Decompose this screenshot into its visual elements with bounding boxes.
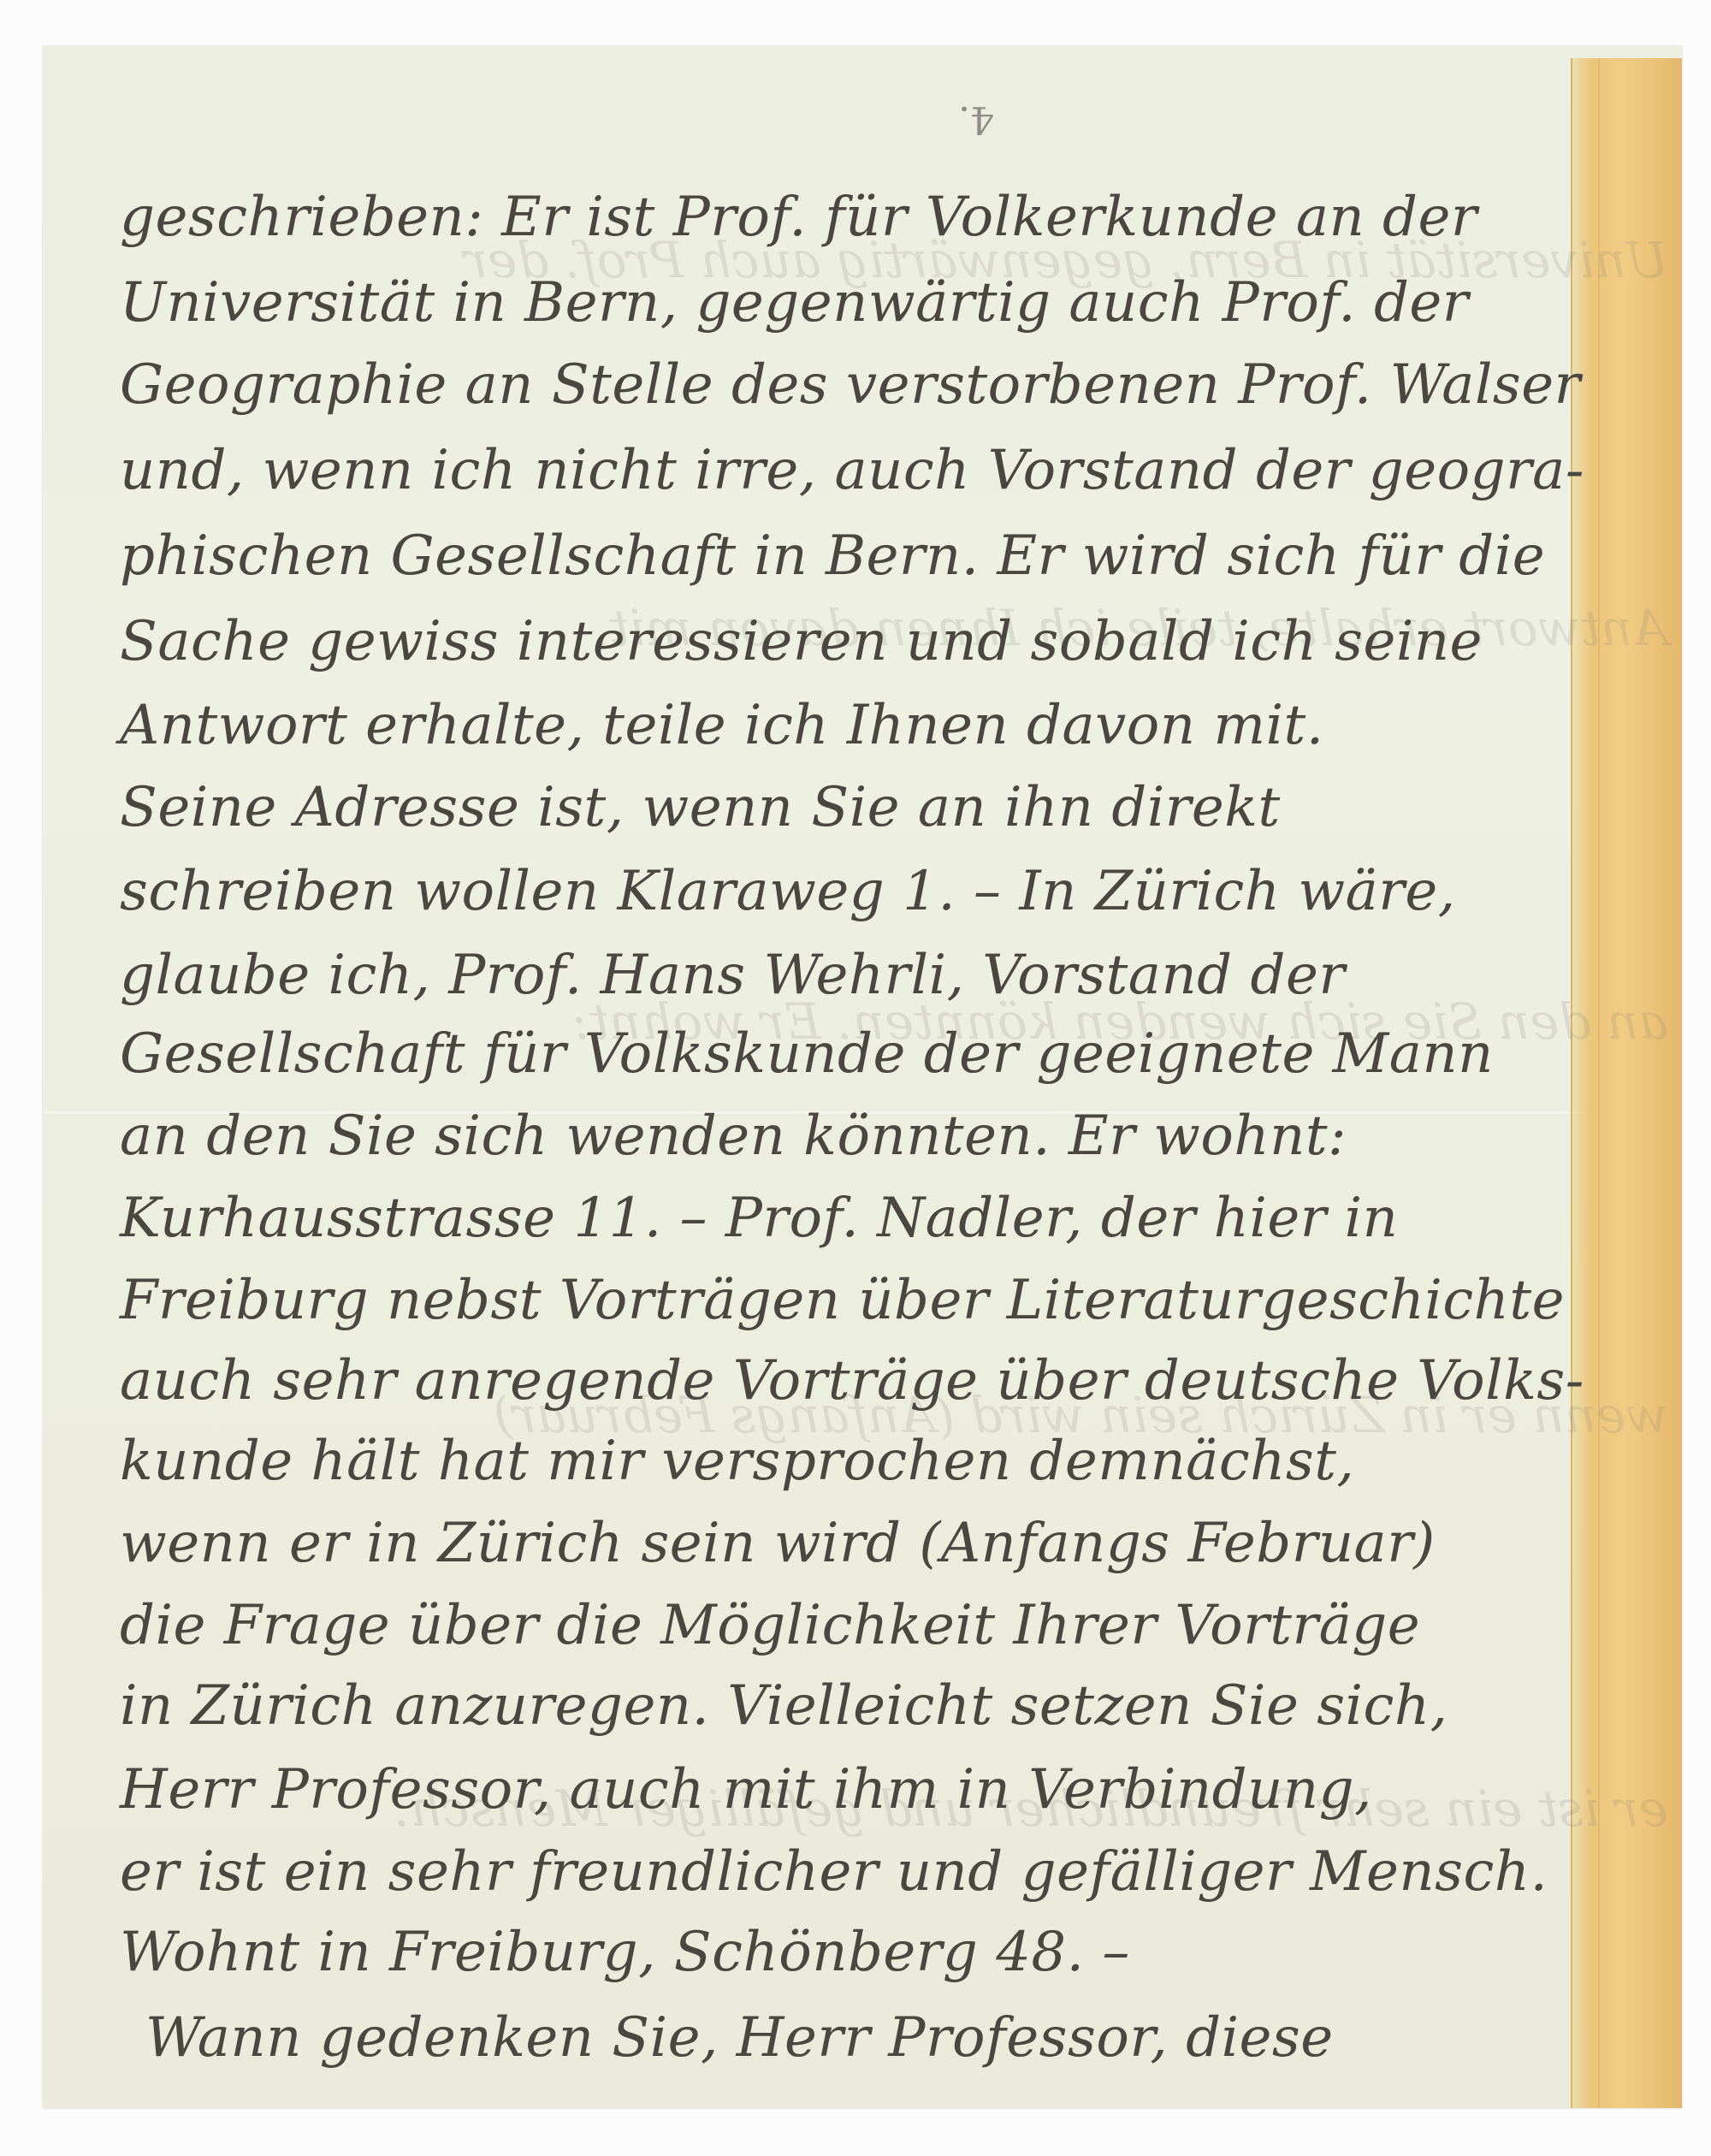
handwritten-line-4: und, wenn ich nicht irre, auch Vorstand …: [120, 443, 1584, 498]
handwritten-line-17: wenn er in Zürich sein wird (Anfangs Feb…: [120, 1516, 1436, 1571]
handwritten-line-2: Universität in Bern, gegenwärtig auch Pr…: [120, 275, 1469, 330]
handwritten-line-10: glaube ich, Prof. Hans Wehrli, Vorstand …: [120, 948, 1345, 1003]
handwritten-line-15: auch sehr anregende Vorträge über deutsc…: [120, 1353, 1584, 1408]
handwritten-line-19: in Zürich anzuregen. Vielleicht setzen S…: [120, 1679, 1448, 1733]
handwritten-line-21: er ist ein sehr freundlicher und gefälli…: [120, 1845, 1548, 1899]
handwritten-line-11: Gesellschaft für Volkskunde der geeignet…: [120, 1027, 1494, 1081]
handwritten-line-22: Wohnt in Freiburg, Schönberg 48. –: [120, 1925, 1130, 1980]
handwritten-line-9: schreiben wollen Klaraweg 1. – In Zürich…: [120, 864, 1456, 919]
handwritten-line-20: Herr Professor, auch mit ihm in Verbindu…: [120, 1762, 1372, 1817]
page-number: 4.: [958, 98, 994, 141]
handwritten-line-1: geschrieben: Er ist Prof. für Volkerkund…: [120, 190, 1477, 245]
handwritten-line-5: phischen Gesellschaft in Bern. Er wird s…: [120, 529, 1545, 583]
handwritten-line-3: Geographie an Stelle des verstorbenen Pr…: [120, 358, 1581, 412]
handwritten-line-14: Freiburg nebst Vorträgen über Literaturg…: [120, 1273, 1565, 1328]
handwritten-line-8: Seine Adresse ist, wenn Sie an ihn direk…: [120, 780, 1281, 835]
handwritten-line-7: Antwort erhalte, teile ich Ihnen davon m…: [120, 698, 1324, 753]
handwritten-line-16: kunde hält hat mir versprochen demnächst…: [120, 1434, 1354, 1489]
handwritten-line-23: Wann gedenken Sie, Herr Professor, diese: [145, 2011, 1334, 2065]
handwritten-line-18: die Frage über die Möglichkeit Ihrer Vor…: [120, 1598, 1420, 1653]
handwritten-line-12: an den Sie sich wenden könnten. Er wohnt…: [120, 1109, 1347, 1164]
handwritten-line-6: Sache gewiss interessieren und sobald ic…: [120, 614, 1483, 669]
handwritten-line-13: Kurhausstrasse 11. – Prof. Nadler, der h…: [120, 1191, 1398, 1246]
